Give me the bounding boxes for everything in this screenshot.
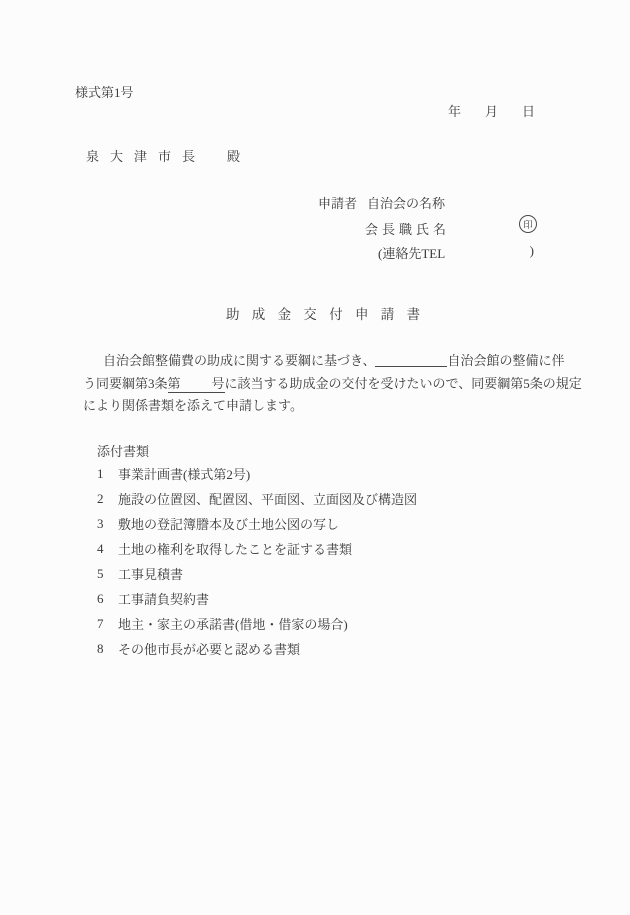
body-line1-pre: 自治会館整備費の助成に関する要綱に基づき、 xyxy=(103,353,375,368)
document-title: 助成金交付申請書 xyxy=(226,303,432,323)
attachment-number: 4 xyxy=(97,541,118,557)
body-paragraph: 自治会館整備費の助成に関する要綱に基づき、自治会館の整備に伴 う同要綱第3条第号… xyxy=(83,350,588,418)
attachment-item: 6 工事請負契約書 xyxy=(97,586,417,611)
inkan-seal-icon: 印 xyxy=(519,215,537,233)
attachment-number: 2 xyxy=(97,491,118,507)
attachment-number: 7 xyxy=(97,616,118,632)
attachment-text: 事業計画書(様式第2号) xyxy=(118,464,250,483)
association-name-label: 自治会の名称 xyxy=(367,193,445,212)
date-month-label: 月 xyxy=(485,101,498,120)
attachment-text: 地主・家主の承諾書(借地・借家の場合) xyxy=(118,614,348,633)
attachment-text: 敷地の登記簿謄本及び土地公図の写し xyxy=(118,514,339,533)
attachment-item: 2 施設の位置図、配置図、平面図、立面図及び構造図 xyxy=(97,486,417,511)
body-line-2: う同要綱第3条第号に該当する助成金の交付を受けたいので、同要綱第5条の規定 xyxy=(83,373,588,396)
attachment-item: 8 その他市長が必要と認める書類 xyxy=(97,636,417,661)
attachment-number: 8 xyxy=(97,641,118,657)
applicant-row: 申請者 自治会の名称 xyxy=(318,193,445,212)
seal-character: 印 xyxy=(523,217,533,231)
contact-tel-row: (連絡先TEL ) xyxy=(378,243,534,262)
blank-field-association-name xyxy=(375,352,447,367)
chair-title-label: 会長職氏名 xyxy=(365,222,450,237)
body-line-3: により関係書類を添えて申請します。 xyxy=(83,395,588,418)
body-line2-post: に該当する助成金の交付を受けたいので、同要綱第5条の規定 xyxy=(225,376,582,391)
contact-tel-close: ) xyxy=(530,243,534,262)
body-line3-text: により関係書類を添えて申請します。 xyxy=(83,398,303,413)
applicant-label: 申請者 xyxy=(318,193,357,212)
chair-title-row: 会長職氏名 xyxy=(365,219,450,238)
attachment-text: その他市長が必要と認める書類 xyxy=(118,639,300,658)
attachment-item: 3 敷地の登記簿謄本及び土地公図の写し xyxy=(97,511,417,536)
body-line-1: 自治会館整備費の助成に関する要綱に基づき、自治会館の整備に伴 xyxy=(83,350,588,373)
contact-tel-open: (連絡先TEL xyxy=(378,243,445,262)
attachment-item: 4 土地の権利を取得したことを証する書類 xyxy=(97,536,417,561)
form-number-label: 様式第1号 xyxy=(75,82,134,101)
attachment-item: 5 工事見積書 xyxy=(97,561,417,586)
underline-end-char: 号 xyxy=(212,376,225,391)
attachments-list: 1 事業計画書(様式第2号) 2 施設の位置図、配置図、平面図、立面図及び構造図… xyxy=(97,461,417,661)
addressee-name: 泉大津市長 xyxy=(86,149,206,164)
attachments-heading: 添付書類 xyxy=(97,441,149,460)
body-line1-post: 自治会館の整備に伴 xyxy=(447,353,564,368)
addressee-honorific: 殿 xyxy=(227,149,240,164)
date-line: 年 月 日 xyxy=(448,101,535,120)
attachment-text: 施設の位置図、配置図、平面図、立面図及び構造図 xyxy=(118,489,417,508)
body-line2-pre: う同要綱第3条 xyxy=(83,376,168,391)
attachment-number: 5 xyxy=(97,566,118,582)
underline-start-char: 第 xyxy=(168,376,181,391)
blank-field-item-number: 第号 xyxy=(168,376,225,393)
attachment-item: 7 地主・家主の承諾書(借地・借家の場合) xyxy=(97,611,417,636)
attachment-number: 1 xyxy=(97,466,118,482)
date-day-label: 日 xyxy=(522,101,535,120)
attachment-number: 6 xyxy=(97,591,118,607)
addressee-line: 泉大津市長殿 xyxy=(86,146,240,165)
date-year-label: 年 xyxy=(448,101,461,120)
attachment-number: 3 xyxy=(97,516,118,532)
attachment-text: 工事請負契約書 xyxy=(118,589,209,608)
attachment-text: 土地の権利を取得したことを証する書類 xyxy=(118,539,352,558)
attachment-item: 1 事業計画書(様式第2号) xyxy=(97,461,417,486)
attachment-text: 工事見積書 xyxy=(118,564,183,583)
application-form-document: 様式第1号 年 月 日 泉大津市長殿 申請者 自治会の名称 会長職氏名 印 (連… xyxy=(0,0,630,915)
